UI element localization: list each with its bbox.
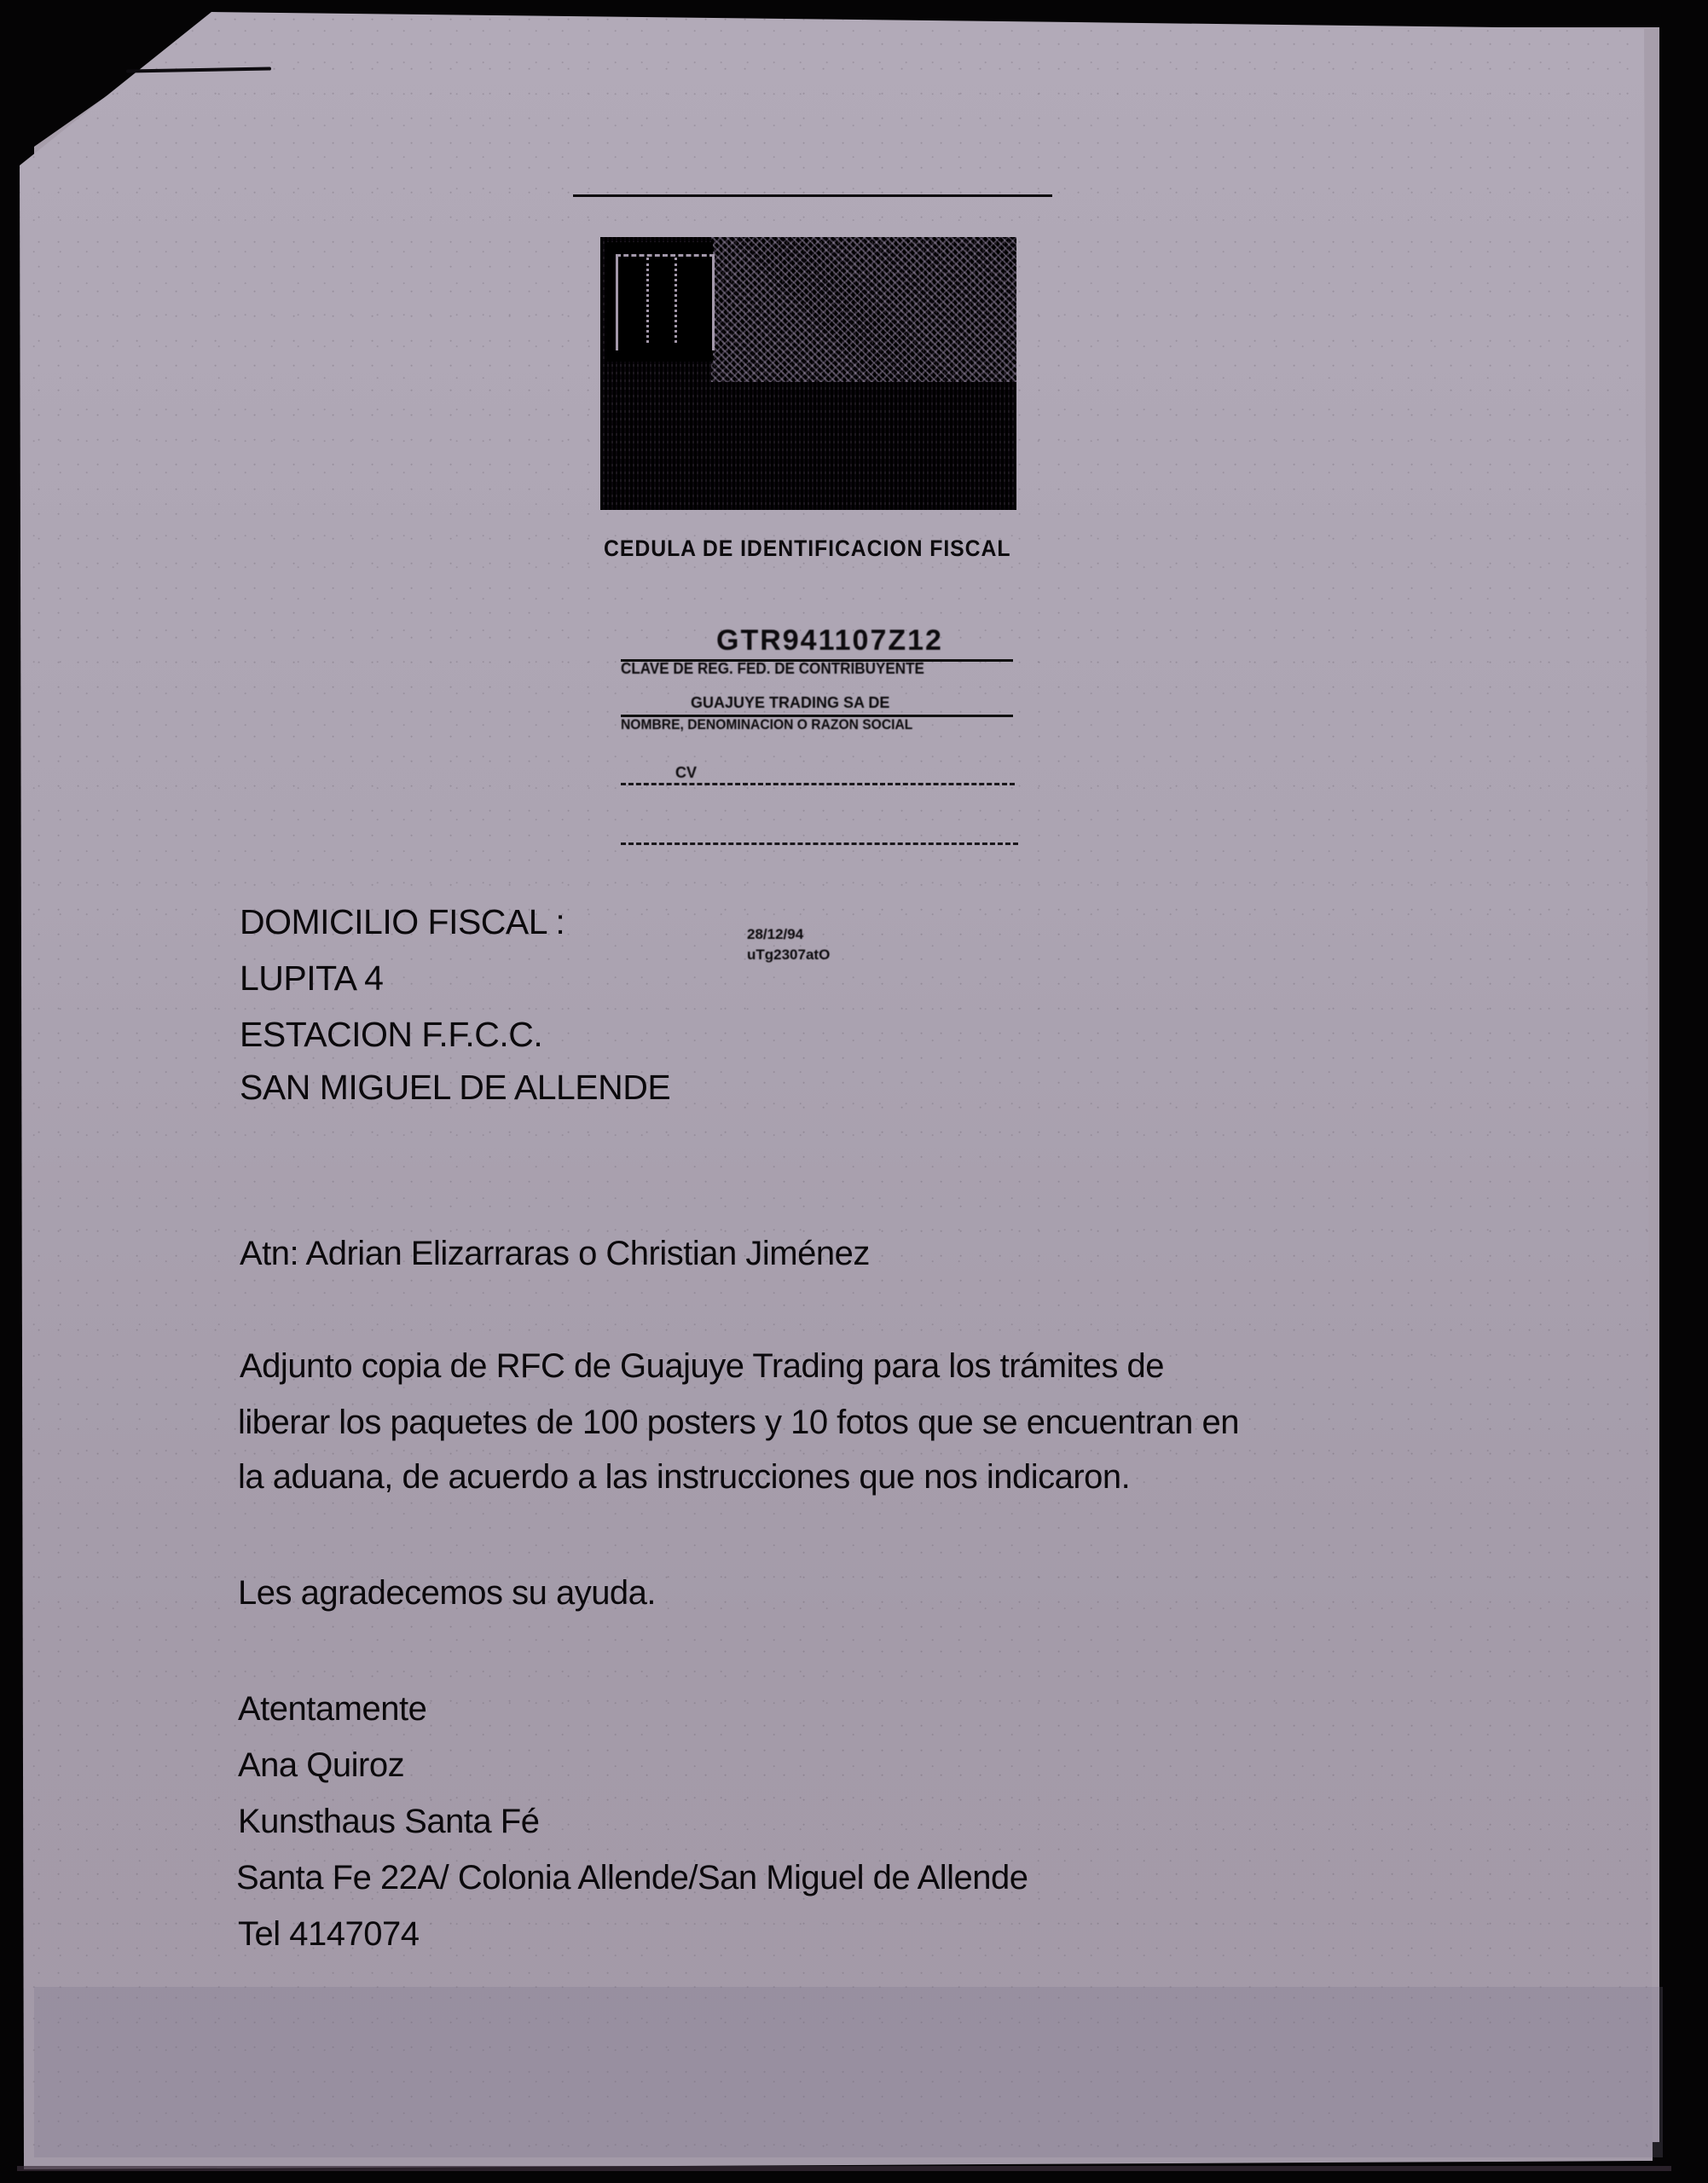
stamp-code: uTg2307atO (747, 947, 830, 964)
body-line: liberar los paquetes de 100 posters y 10… (238, 1404, 1239, 1442)
closing: Atentamente (238, 1690, 426, 1728)
paper-shadow (34, 1987, 1663, 2157)
fiscal-address-line: LUPITA 4 (240, 958, 383, 999)
rfc-dashed-rule (621, 783, 1015, 785)
rfc-dashed-rule (621, 843, 1018, 845)
rfc-company-name: GUAJUYE TRADING SA DE (691, 694, 889, 712)
rfc-card-title: CEDULA DE IDENTIFICACION FISCAL (604, 536, 1010, 562)
thanks-line: Les agradecemos su ayuda. (238, 1574, 656, 1613)
body-line: Adjunto copia de RFC de Guajuye Trading … (240, 1347, 1164, 1386)
signer-phone: Tel 4147074 (238, 1915, 419, 1954)
fiscal-address-line: SAN MIGUEL DE ALLENDE (240, 1068, 670, 1108)
signer-address: Santa Fe 22A/ Colonia Allende/San Miguel… (236, 1859, 1028, 1897)
body-line: la aduana, de acuerdo a las instruccione… (238, 1458, 1130, 1497)
rfc-company-name-cont: CV (675, 764, 697, 782)
rfc-code: GTR941107Z12 (716, 624, 943, 657)
attention-line: Atn: Adrian Elizarraras o Christian Jimé… (240, 1235, 870, 1273)
rfc-code-label: CLAVE DE REG. FED. DE CONTRIBUYENTE (621, 660, 924, 678)
rfc-card-image (600, 237, 1016, 510)
fiscal-address-heading: DOMICILIO FISCAL : (240, 902, 565, 942)
paper-bottom-edge (17, 2166, 1671, 2171)
signer-name: Ana Quiroz (238, 1746, 404, 1785)
fiscal-address-line: ESTACION F.F.C.C. (240, 1015, 542, 1055)
rfc-company-name-label: NOMBRE, DENOMINACION O RAZON SOCIAL (621, 716, 912, 733)
stamp-date: 28/12/94 (747, 926, 803, 943)
shcp-emblem-icon (605, 242, 713, 362)
rfc-top-rule (573, 194, 1052, 197)
signer-organization: Kunsthaus Santa Fé (238, 1803, 539, 1841)
